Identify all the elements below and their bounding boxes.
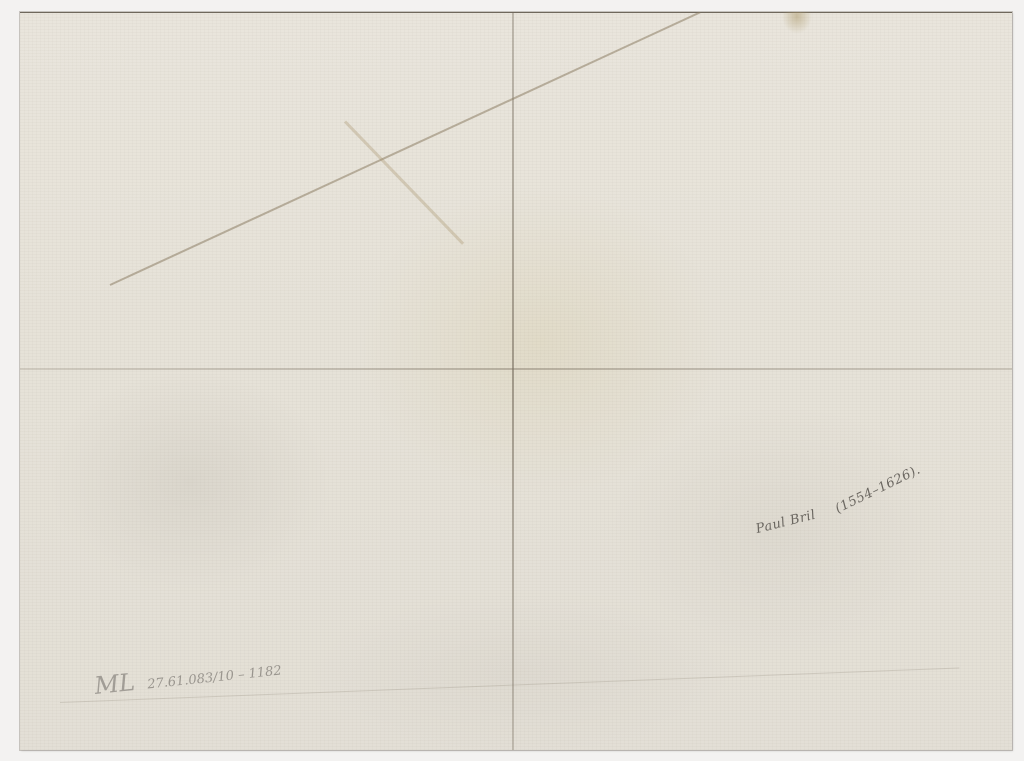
collection-prefix: ML [93, 668, 136, 700]
artist-inscription: Paul Bril (1554–1626). [754, 480, 929, 537]
horizontal-fold-line [20, 368, 1012, 370]
collection-number: 27.61.083/10 – 1182 [147, 663, 283, 692]
vertical-fold-line [512, 12, 514, 750]
short-crease [344, 120, 464, 244]
diagonal-crease [110, 12, 701, 286]
scan-background: Paul Bril (1554–1626). ML 27.61.083/10 –… [0, 0, 1024, 761]
paper-sheet: Paul Bril (1554–1626). ML 27.61.083/10 –… [20, 12, 1012, 750]
artist-dates: (1554–1626). [833, 462, 923, 516]
sheet-top-edge [20, 12, 1012, 13]
artist-name: Paul Bril [754, 508, 817, 537]
stain-mark [782, 12, 812, 34]
collection-mark: ML 27.61.083/10 – 1182 [93, 653, 282, 700]
